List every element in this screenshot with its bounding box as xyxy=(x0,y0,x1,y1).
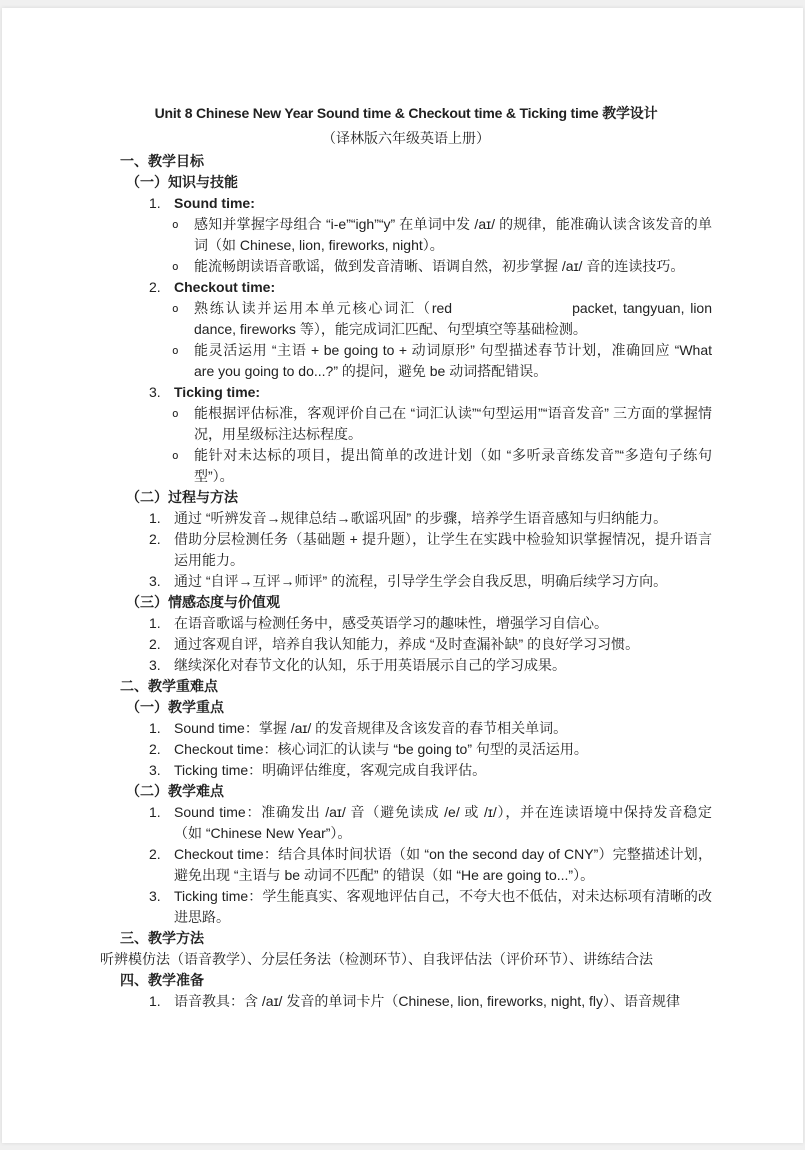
bullet-item: o能根据评估标准，客观评价自己在 “词汇认读”“句型运用”“语音发音” 三方面的… xyxy=(100,403,712,445)
item-text: Sound time：掌握 /aɪ/ 的发音规律及含该发音的春节相关单词。 xyxy=(174,720,567,736)
bullet-icon: o xyxy=(172,217,179,232)
bullet-icon: o xyxy=(172,343,179,358)
section-heading: 二、教学重难点 xyxy=(120,676,712,697)
bullet-item: o能灵活运用 “主语 + be going to + 动词原形” 句型描述春节计… xyxy=(100,340,712,382)
item-text: 通过 “听辨发音→规律总结→歌谣巩固” 的步骤，培养学生语音感知与归纳能力。 xyxy=(174,510,667,526)
numbered-item: 2.借助分层检测任务（基础题 + 提升题），让学生在实践中检验知识掌握情况，提升… xyxy=(100,529,712,571)
bullet-icon: o xyxy=(172,448,179,463)
list-number: 3. xyxy=(149,886,161,907)
item-text: 能流畅朗读语音歌谣，做到发音清晰、语调自然，初步掌握 /aɪ/ 音的连读技巧。 xyxy=(194,258,684,274)
item-text: （三）情感态度与价值观 xyxy=(126,594,280,610)
list-number: 3. xyxy=(149,571,161,592)
item-text: 一、教学目标 xyxy=(120,153,204,169)
item-text: 借助分层检测任务（基础题 + 提升题），让学生在实践中检验知识掌握情况，提升语言… xyxy=(174,531,712,568)
list-number: 1. xyxy=(149,193,161,214)
document-blocks: 一、教学目标（一）知识与技能1.Sound time:o感知并掌握字母组合 “i… xyxy=(100,151,712,1012)
bullet-item: o熟练认读并运用本单元核心词汇（redpacket, tangyuan, lio… xyxy=(100,298,712,340)
item-text: （二）教学难点 xyxy=(126,783,224,799)
numbered-item: 1.语音教具：含 /aɪ/ 发音的单词卡片（Chinese, lion, fir… xyxy=(100,991,712,1012)
list-number: 1. xyxy=(149,718,161,739)
bullet-icon: o xyxy=(172,301,179,316)
subsection-heading: （一）知识与技能 xyxy=(126,172,712,193)
item-text: 通过 “自评→互评→师评” 的流程，引导学生学会自我反思，明确后续学习方向。 xyxy=(174,573,667,589)
numbered-item: 2.Checkout time: xyxy=(100,277,712,298)
numbered-item: 1.在语音歌谣与检测任务中，感受英语学习的趣味性，增强学习自信心。 xyxy=(100,613,712,634)
item-text: Sound time: xyxy=(174,195,255,211)
item-text: 能灵活运用 “主语 + be going to + 动词原形” 句型描述春节计划… xyxy=(194,342,712,379)
list-number: 1. xyxy=(149,508,161,529)
item-text: 四、教学准备 xyxy=(120,972,204,988)
item-text: （一）教学重点 xyxy=(126,699,224,715)
list-number: 2. xyxy=(149,844,161,865)
list-number: 1. xyxy=(149,613,161,634)
list-number: 1. xyxy=(149,802,161,823)
item-text: 语音教具：含 /aɪ/ 发音的单词卡片（Chinese, lion, firew… xyxy=(174,993,680,1009)
document-body: Unit 8 Chinese New Year Sound time & Che… xyxy=(100,100,712,1012)
bullet-item: o能针对未达标的项目，提出简单的改进计划（如 “多听录音练发音”“多造句子练句型… xyxy=(100,445,712,487)
document-title: Unit 8 Chinese New Year Sound time & Che… xyxy=(100,100,712,126)
document-subtitle: （译林版六年级英语上册） xyxy=(100,126,712,151)
item-text: （一）知识与技能 xyxy=(126,174,238,190)
list-number: 1. xyxy=(149,991,161,1012)
item-text: Ticking time: xyxy=(174,384,260,400)
item-text: Checkout time：核心词汇的认读与 “be going to” 句型的… xyxy=(174,741,588,757)
numbered-item: 1.通过 “听辨发音→规律总结→歌谣巩固” 的步骤，培养学生语音感知与归纳能力。 xyxy=(100,508,712,529)
subsection-heading: （一）教学重点 xyxy=(126,697,712,718)
list-number: 2. xyxy=(149,739,161,760)
list-number: 2. xyxy=(149,277,161,298)
numbered-item: 3.Ticking time：明确评估维度，客观完成自我评估。 xyxy=(100,760,712,781)
item-text: Ticking time：明确评估维度，客观完成自我评估。 xyxy=(174,762,486,778)
list-number: 3. xyxy=(149,760,161,781)
numbered-item: 2.Checkout time：核心词汇的认读与 “be going to” 句… xyxy=(100,739,712,760)
item-text: 通过客观自评，培养自我认知能力，养成 “及时查漏补缺” 的良好学习习惯。 xyxy=(174,636,639,652)
paragraph: 听辨模仿法（语音教学）、分层任务法（检测环节）、自我评估法（评价环节）、讲练结合… xyxy=(100,949,712,970)
item-text: Sound time：准确发出 /aɪ/ 音（避免读成 /e/ 或 /ɪ/），并… xyxy=(174,804,712,841)
numbered-item: 2.Checkout time：结合具体时间状语（如 “on the secon… xyxy=(100,844,712,886)
item-text: Checkout time: xyxy=(174,279,275,295)
item-text: 继续深化对春节文化的认知，乐于用英语展示自己的学习成果。 xyxy=(174,657,566,673)
subsection-heading: （二）教学难点 xyxy=(126,781,712,802)
list-number: 2. xyxy=(149,529,161,550)
item-text: 感知并掌握字母组合 “i-e”“igh”“y” 在单词中发 /aɪ/ 的规律，能… xyxy=(194,216,712,253)
item-text: 听辨模仿法（语音教学）、分层任务法（检测环节）、自我评估法（评价环节）、讲练结合… xyxy=(100,951,653,967)
subsection-heading: （二）过程与方法 xyxy=(126,487,712,508)
numbered-item: 3.继续深化对春节文化的认知，乐于用英语展示自己的学习成果。 xyxy=(100,655,712,676)
document-page: Unit 8 Chinese New Year Sound time & Che… xyxy=(2,8,803,1143)
item-text: 能针对未达标的项目，提出简单的改进计划（如 “多听录音练发音”“多造句子练句型”… xyxy=(194,447,712,484)
item-text: （二）过程与方法 xyxy=(126,489,238,505)
bullet-icon: o xyxy=(172,406,179,421)
numbered-item: 1.Sound time：准确发出 /aɪ/ 音（避免读成 /e/ 或 /ɪ/）… xyxy=(100,802,712,844)
list-number: 2. xyxy=(149,634,161,655)
item-text: 能根据评估标准，客观评价自己在 “词汇认读”“句型运用”“语音发音” 三方面的掌… xyxy=(194,405,712,442)
list-number: 3. xyxy=(149,382,161,403)
item-text: Checkout time：结合具体时间状语（如 “on the second … xyxy=(174,846,712,883)
section-heading: 一、教学目标 xyxy=(120,151,712,172)
bullet-item: o能流畅朗读语音歌谣，做到发音清晰、语调自然，初步掌握 /aɪ/ 音的连读技巧。 xyxy=(100,256,712,277)
numbered-item: 3.Ticking time：学生能真实、客观地评估自己，不夸大也不低估，对未达… xyxy=(100,886,712,928)
section-heading: 四、教学准备 xyxy=(120,970,712,991)
numbered-item: 1.Sound time: xyxy=(100,193,712,214)
subsection-heading: （三）情感态度与价值观 xyxy=(126,592,712,613)
numbered-item: 3.Ticking time: xyxy=(100,382,712,403)
numbered-item: 3.通过 “自评→互评→师评” 的流程，引导学生学会自我反思，明确后续学习方向。 xyxy=(100,571,712,592)
numbered-item: 2.通过客观自评，培养自我认知能力，养成 “及时查漏补缺” 的良好学习习惯。 xyxy=(100,634,712,655)
item-text: 二、教学重难点 xyxy=(120,678,218,694)
item-text: 在语音歌谣与检测任务中，感受英语学习的趣味性，增强学习自信心。 xyxy=(174,615,608,631)
section-heading: 三、教学方法 xyxy=(120,928,712,949)
item-text: 熟练认读并运用本单元核心词汇（redpacket, tangyuan, lion… xyxy=(194,300,712,337)
bullet-icon: o xyxy=(172,259,179,274)
item-text: 三、教学方法 xyxy=(120,930,204,946)
list-number: 3. xyxy=(149,655,161,676)
bullet-item: o感知并掌握字母组合 “i-e”“igh”“y” 在单词中发 /aɪ/ 的规律，… xyxy=(100,214,712,256)
item-text: Ticking time：学生能真实、客观地评估自己，不夸大也不低估，对未达标项… xyxy=(174,888,712,925)
numbered-item: 1.Sound time：掌握 /aɪ/ 的发音规律及含该发音的春节相关单词。 xyxy=(100,718,712,739)
